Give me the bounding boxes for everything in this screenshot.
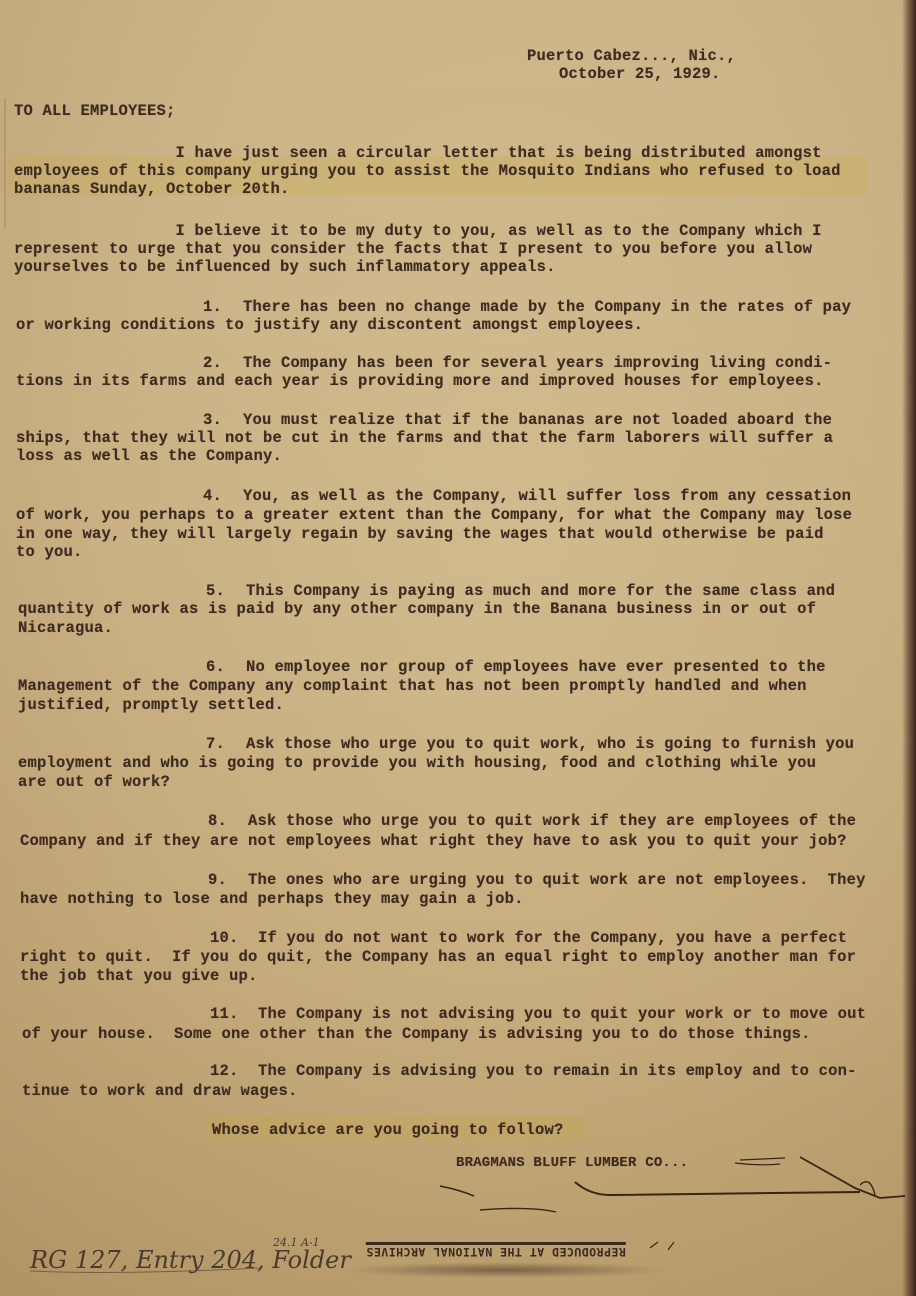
- ink-smudge: [340, 1262, 670, 1278]
- archive-superscript-note: 24.1 A-1: [273, 1236, 320, 1249]
- signature-scrawl-icon: [0, 0, 916, 1296]
- archive-handwritten-note: RG 127, Entry 204, Folder: [30, 1246, 351, 1274]
- archive-stamp: REPRODUCED AT THE NATIONAL ARCHIVES: [366, 1242, 626, 1259]
